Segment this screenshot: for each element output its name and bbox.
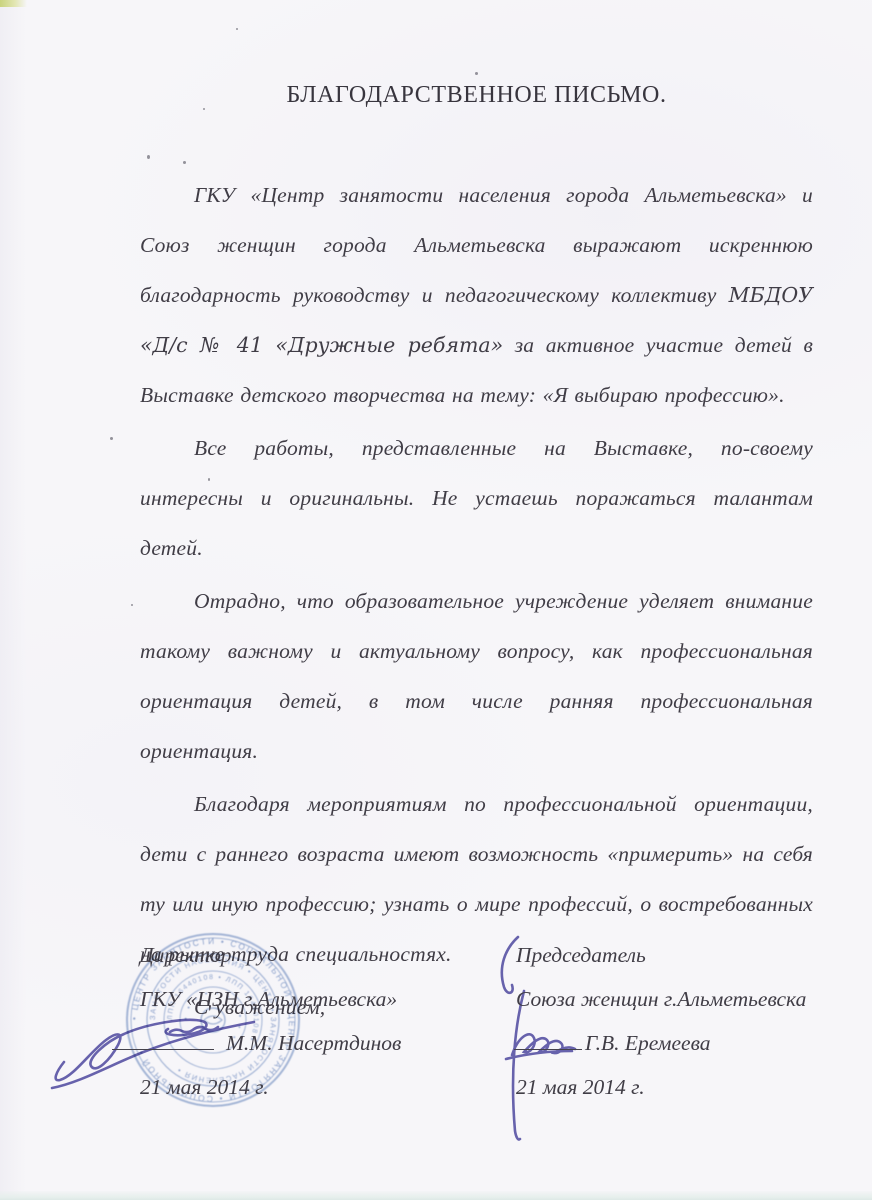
signature-name-row: Г.В. Еремеева bbox=[516, 1021, 856, 1065]
signature-name-row: М.М. Насертдинов bbox=[140, 1021, 470, 1065]
signature-block-left: Директор ГКУ «ЦЗН г.Альметьевска» М.М. Н… bbox=[140, 933, 470, 1109]
paper-speck bbox=[183, 161, 186, 164]
signer-organization: Союза женщин г.Альметьевска bbox=[516, 977, 856, 1021]
paper-speck bbox=[110, 437, 113, 440]
scan-corner-artifact bbox=[0, 0, 27, 7]
signer-organization: ГКУ «ЦЗН г.Альметьевска» bbox=[140, 977, 470, 1021]
signer-role: Председатель bbox=[516, 933, 856, 977]
scan-bottom-edge-artifact bbox=[0, 1191, 872, 1200]
paper-speck bbox=[236, 28, 238, 30]
signer-name: М.М. Насертдинов bbox=[226, 1031, 401, 1055]
letter-body: ГКУ «Центр занятости населения города Ал… bbox=[140, 170, 813, 1035]
paragraph-1: ГКУ «Центр занятости населения города Ал… bbox=[140, 170, 813, 420]
scanned-letter-page: БЛАГОДАРСТВЕННОЕ ПИСЬМО. ГКУ «Центр заня… bbox=[0, 0, 872, 1200]
signature-date: 21 мая 2014 г. bbox=[140, 1065, 470, 1109]
signature-block-right: Председатель Союза женщин г.Альметьевска… bbox=[516, 933, 856, 1109]
paper-speck bbox=[147, 155, 150, 159]
signature-line bbox=[112, 1048, 214, 1050]
signer-name: Г.В. Еремеева bbox=[585, 1031, 711, 1055]
paragraph-2: Все работы, представленные на Выставке, … bbox=[140, 423, 813, 573]
signature-date: 21 мая 2014 г. bbox=[516, 1065, 856, 1109]
paragraph-1-text: ГКУ «Центр занятости населения города Ал… bbox=[140, 183, 813, 307]
paper-speck bbox=[475, 72, 478, 75]
paragraph-3: Отрадно, что образовательное учреждение … bbox=[140, 576, 813, 776]
signature-line bbox=[514, 1048, 582, 1050]
signer-role: Директор bbox=[140, 933, 470, 977]
paper-speck bbox=[131, 604, 133, 606]
letter-title: БЛАГОДАРСТВЕННОЕ ПИСЬМО. bbox=[140, 82, 813, 109]
